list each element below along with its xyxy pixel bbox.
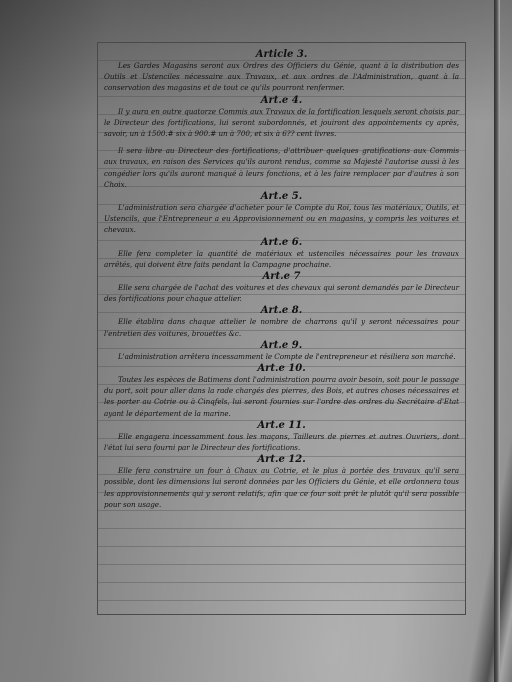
- article-5: Art.e 5. L'administration sera chargée d…: [104, 191, 459, 236]
- article-11: Art.e 11. Elle engagera incessamment tou…: [104, 420, 459, 453]
- article-9: Art.e 9. L'administration arrêtera inces…: [104, 340, 459, 362]
- article-paragraph: Les Gardes Magasins seront aux Ordres de…: [104, 60, 459, 94]
- article-heading: Art.e 7: [104, 271, 459, 282]
- article-paragraph: Elle engagera incessamment tous les maço…: [104, 431, 459, 453]
- article-paragraph: Il sera libre au Directeur des fortifica…: [104, 145, 459, 190]
- article-heading: Art.e 8.: [104, 305, 459, 316]
- article-8: Art.e 8. Elle établira dans chaque attel…: [104, 305, 459, 338]
- article-heading: Article 3.: [104, 49, 459, 60]
- article-paragraph: Toutes les espèces de Batimens dont l'ad…: [104, 374, 459, 419]
- article-paragraph: Elle établira dans chaque attelier le no…: [104, 316, 459, 338]
- article-paragraph: Elle fera completer la quantité de matér…: [104, 248, 459, 270]
- article-heading: Art.e 5.: [104, 191, 459, 202]
- article-paragraph: L'administration arrêtera incessamment l…: [104, 351, 459, 362]
- article-paragraph: Elle fera construire un four à Chaux au …: [104, 465, 459, 510]
- article-12: Art.e 12. Elle fera construire un four à…: [104, 454, 459, 510]
- article-3: Article 3. Les Gardes Magasins seront au…: [104, 49, 459, 94]
- article-heading: Art.e 9.: [104, 340, 459, 351]
- article-10: Art.e 10. Toutes les espèces de Batimens…: [104, 363, 459, 419]
- article-7: Art.e 7 Elle sera chargée de l'achat des…: [104, 271, 459, 304]
- article-heading: Art.e 12.: [104, 454, 459, 465]
- article-heading: Art.e 6.: [104, 237, 459, 248]
- article-4: Art.e 4. Il y aura en outre quatorze Com…: [104, 95, 459, 190]
- article-paragraph: L'administration sera chargée d'acheter …: [104, 202, 459, 236]
- book-binding-edge: [494, 0, 500, 682]
- article-6: Art.e 6. Elle fera completer la quantité…: [104, 237, 459, 270]
- article-heading: Art.e 4.: [104, 95, 459, 106]
- manuscript-page: Article 3. Les Gardes Magasins seront au…: [97, 42, 466, 615]
- article-paragraph: Elle sera chargée de l'achat des voiture…: [104, 282, 459, 304]
- article-heading: Art.e 11.: [104, 420, 459, 431]
- article-paragraph: Il y aura en outre quatorze Commis aux T…: [104, 106, 459, 140]
- article-heading: Art.e 10.: [104, 363, 459, 374]
